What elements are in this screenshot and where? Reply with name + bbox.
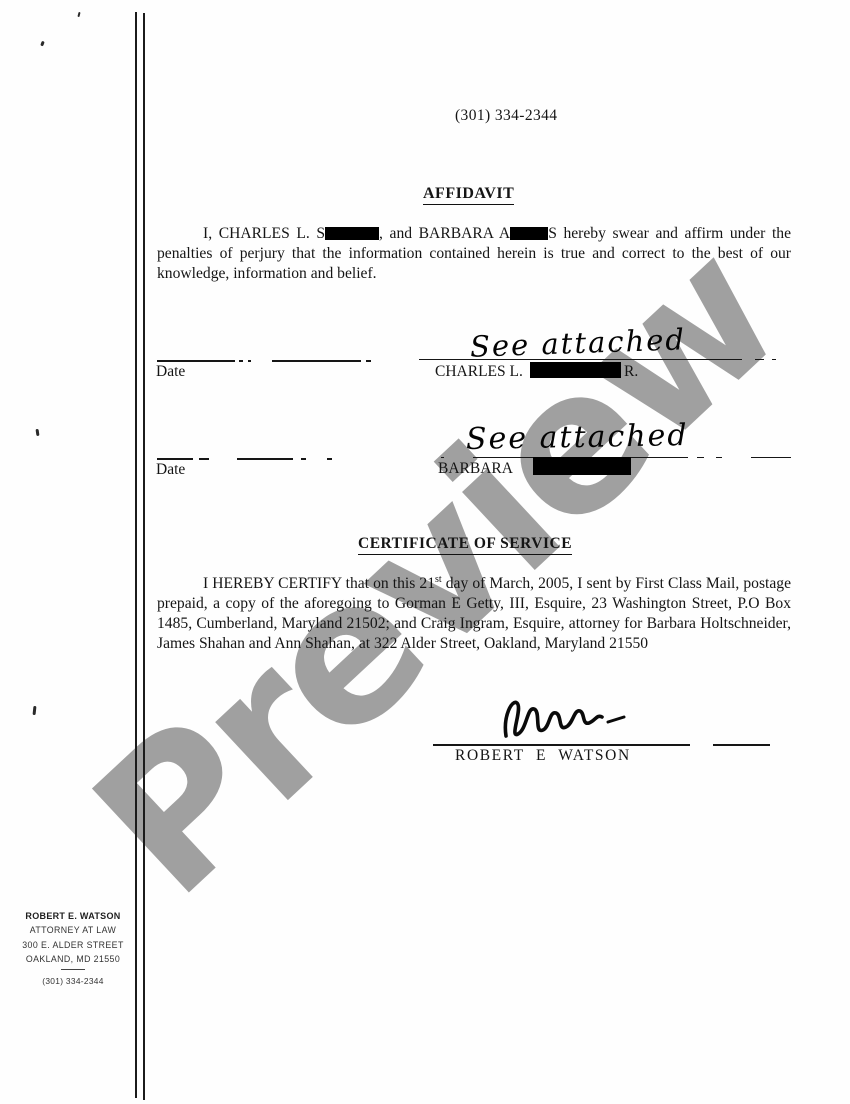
signature-line-dash (716, 457, 722, 459)
certificate-paragraph: I HEREBY CERTIFY that on this 21st day o… (157, 574, 791, 654)
signatory-name-suffix: R. (624, 363, 638, 381)
document-content: (301) 334-2344 AFFIDAVIT I, CHARLES L. S… (0, 0, 850, 1104)
signature-line-dash (772, 359, 776, 361)
ordinal-superscript: st (435, 574, 442, 585)
date-line-dash (248, 360, 251, 362)
attorney-letterhead: ROBERT E. WATSON ATTORNEY AT LAW 300 E. … (14, 911, 132, 986)
signature-scribble-svg (496, 694, 628, 746)
scan-artifact (77, 12, 80, 17)
letterhead-phone: (301) 334-2344 (14, 976, 132, 986)
header-phone-number: (301) 334-2344 (455, 107, 557, 125)
left-margin-rule-inner (143, 13, 145, 1100)
letterhead-city: OAKLAND, MD 21550 (14, 954, 132, 964)
affidavit-text-lead: I, CHARLES L. S (203, 225, 325, 242)
certificate-of-service-title: CERTIFICATE OF SERVICE (358, 535, 572, 555)
signature-line-dash (697, 457, 704, 459)
redaction-box (325, 227, 379, 240)
date-line-dash (327, 458, 332, 460)
signatory-name-barbara: BARBARA (438, 460, 513, 478)
letterhead-divider (61, 969, 85, 970)
date-line-dash (301, 458, 306, 460)
date-line (157, 360, 235, 362)
attorney-printed-name: ROBERT E WATSON (455, 747, 631, 765)
affidavit-paragraph: I, CHARLES L. S, and BARBARA AS hereby s… (157, 224, 791, 283)
redaction-box (510, 227, 548, 240)
scan-artifact (36, 429, 39, 436)
date-line (272, 360, 361, 362)
scan-artifact (40, 41, 44, 47)
letterhead-title: ATTORNEY AT LAW (14, 925, 132, 935)
scan-artifact (33, 706, 36, 715)
affidavit-text-mid: , and BARBARA A (379, 225, 510, 242)
date-label: Date (156, 461, 185, 479)
date-line-dash (239, 360, 243, 362)
attorney-signature-line (713, 744, 770, 746)
signature-line-dash (755, 359, 764, 361)
date-label: Date (156, 363, 185, 381)
letterhead-street: 300 E. ALDER STREET (14, 940, 132, 950)
signature-line (751, 457, 791, 459)
attorney-signature-line (433, 744, 690, 746)
letterhead-name: ROBERT E. WATSON (14, 911, 132, 921)
signature-line-dash (441, 457, 444, 459)
affidavit-title: AFFIDAVIT (423, 185, 514, 205)
date-line-dash (366, 360, 371, 362)
handwritten-see-attached: See attached (466, 418, 689, 457)
date-line (157, 458, 193, 460)
attorney-signature-scribble (496, 694, 628, 751)
signatory-name-charles: CHARLES L. (435, 363, 523, 381)
redaction-box (530, 362, 621, 378)
redaction-box (533, 457, 631, 475)
date-line (237, 458, 293, 460)
left-margin-rule-outer (135, 12, 137, 1098)
signature-line (419, 359, 742, 361)
date-line-dash (199, 458, 209, 460)
certificate-text-lead: I HEREBY CERTIFY that on this 21 (203, 575, 435, 592)
scanned-affidavit-page: Preview (301) 334-2344 AFFIDAVIT I, CHAR… (0, 0, 850, 1104)
